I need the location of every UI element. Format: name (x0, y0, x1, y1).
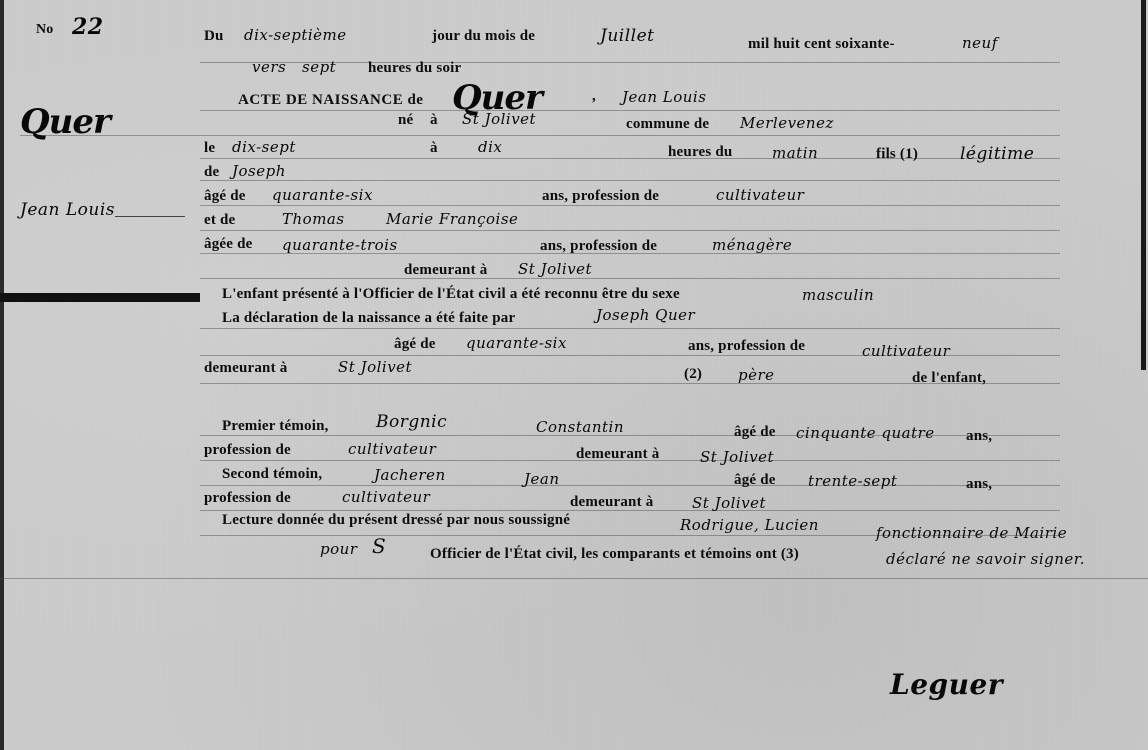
birth-period: matin (772, 144, 818, 162)
ruled-line (0, 578, 1148, 579)
page-left-edge (0, 0, 4, 750)
witness2-label: Second témoin, (222, 466, 322, 483)
father-age: quarante-six (272, 186, 373, 204)
ruled-line (200, 205, 1060, 206)
ruled-line (200, 230, 1060, 231)
birth-date: dix-sept (232, 138, 296, 156)
declarant-name: Joseph Quer (596, 306, 695, 324)
closing-line2-text: Officier de l'État civil, les comparants… (430, 546, 799, 563)
born-label: né (398, 112, 413, 129)
declarant-age-label: âgé de (394, 336, 436, 353)
mother-age-label: âgée de (204, 236, 252, 253)
mother-profession: ménagère (712, 236, 792, 254)
declarant-age: quarante-six (466, 334, 567, 352)
act-title-label: ACTE DE NAISSANCE de (238, 92, 423, 109)
declarant-relation: père (738, 366, 775, 384)
record-number-value: 22 (72, 14, 104, 40)
parents-residence: St Jolivet (518, 260, 592, 278)
margin-surname: Quer (20, 102, 110, 142)
line1-year-hand: neuf (962, 34, 998, 52)
declarant-relation-suffix: de l'enfant, (912, 370, 986, 387)
fils-label: fils (1) (876, 146, 918, 163)
line2-hour: sept (302, 58, 336, 76)
witness1-label: Premier témoin, (222, 418, 329, 435)
ruled-line (200, 328, 1060, 329)
closing-line2-mark: S (372, 534, 386, 558)
witness2-age-label: âgé de (734, 472, 776, 489)
birth-hour: dix (478, 138, 502, 156)
mother-ans-profession-label: ans, profession de (540, 238, 657, 255)
witness2-surname: Jacheren (374, 466, 446, 484)
officer-role: fonctionnaire de Mairie (876, 524, 1067, 542)
declarant-ans-profession-label: ans, profession de (688, 338, 805, 355)
ruled-line (20, 135, 1060, 136)
mother-given-names: Marie Françoise (386, 210, 518, 228)
witness2-given-name: Jean (524, 470, 560, 488)
line1-month: Juillet (600, 26, 654, 46)
commune-label: commune de (626, 116, 709, 133)
officer-name: Rodrigue, Lucien (680, 516, 819, 534)
father-label: de (204, 164, 219, 181)
ruled-line (200, 158, 1060, 159)
line1-year-printed: mil huit cent soixante- (748, 36, 895, 53)
born-a-label: à (430, 112, 438, 129)
closing-line2-hand-right: déclaré ne savoir signer. (886, 550, 1085, 568)
witness1-profession-label: profession de (204, 442, 291, 459)
page-right-edge (1141, 0, 1146, 370)
witness2-residence-label: demeurant à (570, 494, 653, 511)
mother-age: quarante-trois (282, 236, 398, 254)
witness1-age: cinquante quatre (796, 424, 935, 442)
ruled-line (200, 278, 1060, 279)
line2-hour-prefix: vers (252, 58, 286, 76)
line1-day: dix-septième (244, 26, 347, 44)
legitimacy-status: légitime (960, 144, 1034, 164)
declaration-text: La déclaration de la naissance a été fai… (222, 310, 515, 327)
officer-signature: Leguer (890, 668, 1003, 701)
record-number-label: No (36, 22, 54, 38)
birth-a-label: à (430, 140, 438, 157)
birth-record-page: No 22 Quer Jean Louis Du dix-septième jo… (0, 0, 1148, 750)
closing-line1-text: Lecture donnée du présent dressé par nou… (222, 512, 570, 529)
witness2-profession-label: profession de (204, 490, 291, 507)
father-profession: cultivateur (716, 186, 804, 204)
presentation-text: L'enfant présenté à l'Officier de l'État… (222, 286, 680, 303)
witness2-age: trente-sept (808, 472, 897, 490)
child-sex: masculin (802, 286, 874, 304)
margin-dash (115, 216, 185, 217)
birth-date-label: le (204, 140, 215, 157)
witness2-profession: cultivateur (342, 488, 430, 506)
father-age-label: âgé de (204, 188, 246, 205)
mother-label: et de (204, 212, 235, 229)
act-title-given-names: Jean Louis (622, 88, 706, 106)
parents-residence-label: demeurant à (404, 262, 487, 279)
witness2-residence: St Jolivet (692, 494, 766, 512)
born-place: St Jolivet (462, 110, 536, 128)
margin-separator-bar (0, 293, 200, 302)
father-name: Joseph (232, 162, 286, 180)
witness1-residence: St Jolivet (700, 448, 774, 466)
ruled-line (200, 110, 1060, 111)
ruled-line (200, 485, 1060, 486)
birth-hours-label: heures du (668, 144, 732, 161)
declarant-profession: cultivateur (862, 342, 950, 360)
ruled-line (200, 180, 1060, 181)
mother-surname: Thomas (282, 210, 345, 228)
witness1-age-label: âgé de (734, 424, 776, 441)
line2-hour-suffix: heures du soir (368, 60, 461, 77)
father-ans-profession-label: ans, profession de (542, 188, 659, 205)
closing-line2-hand-left: pour (320, 540, 357, 558)
margin-given-names: Jean Louis (20, 200, 115, 220)
witness1-profession: cultivateur (348, 440, 436, 458)
line1-mid: jour du mois de (432, 28, 535, 45)
declarant-residence-label: demeurant à (204, 360, 287, 377)
witness2-ans-label: ans, (966, 476, 992, 493)
witness1-given-name: Constantin (536, 418, 624, 436)
declarant-residence: St Jolivet (338, 358, 412, 376)
commune-name: Merlevenez (740, 114, 834, 132)
witness1-residence-label: demeurant à (576, 446, 659, 463)
line1-prefix: Du (204, 28, 224, 45)
declaration-note-marker: (2) (684, 366, 702, 383)
witness1-surname: Borgnic (376, 412, 447, 432)
witness1-ans-label: ans, (966, 428, 992, 445)
